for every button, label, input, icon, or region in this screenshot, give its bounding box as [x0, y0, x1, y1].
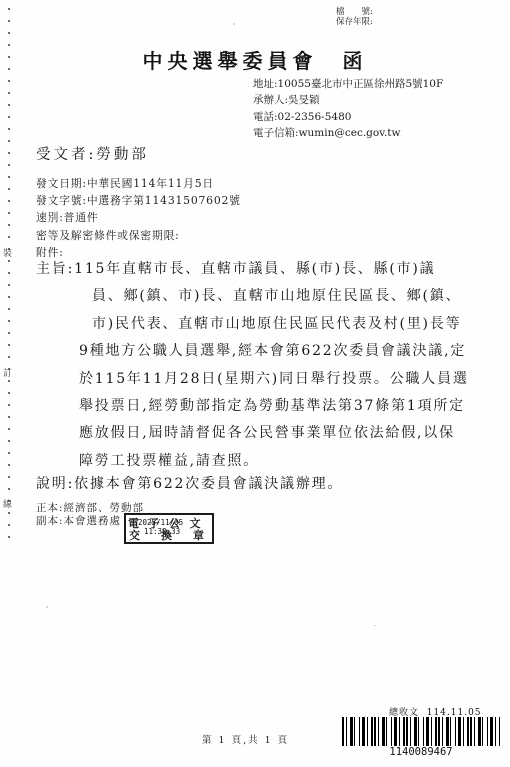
subject-line: 主旨:115年直轄市長、直轄市議員、縣(市)長、縣(市)議: [36, 256, 486, 283]
document-meta-block: 發文日期:中華民國114年11月5日 發文字號:中選務字第11431507602…: [36, 175, 241, 261]
delivery-speed: 速別:普通件: [36, 209, 241, 226]
retention-period-label: 保存年限:: [336, 17, 373, 27]
subject-line: 舉投票日,經勞動部指定為勞動基準法第37條第1項所定: [79, 393, 486, 420]
e-document-exchange-stamp: 電子公文 交換章 2025/11/05 11:38:33: [124, 513, 214, 544]
subject-line: 障勞工投票權益,請查照。: [79, 448, 486, 475]
subject-line: 於115年11月28日(星期六)同日舉行投票。公職人員選: [79, 366, 486, 393]
stamp-date: 2025/11/05: [138, 518, 183, 527]
sender-contact-person: 承辦人:吳旻穎: [253, 92, 443, 108]
binding-mark-zhuang: 裝: [3, 246, 12, 259]
subject-line: 應放假日,屆時請督促各公民營事業單位依法給假,以保: [79, 420, 486, 447]
sender-address: 地址:10055臺北市中正區徐州路5號10F: [253, 76, 443, 92]
scan-noise: [131, 300, 132, 302]
security-classification: 密等及解密條件或保密期限:: [36, 227, 241, 244]
file-header: 檔 號: 保存年限:: [336, 7, 373, 27]
explanation-line: 說明:依據本會第622次委員會議決議辦理。: [36, 473, 343, 493]
sender-info-block: 地址:10055臺北市中正區徐州路5號10F 承辦人:吳旻穎 電話:02-235…: [253, 76, 443, 141]
subject-line: 9種地方公職人員選舉,經本會第622次委員會議決議,定: [79, 338, 486, 365]
binding-mark-ding: 訂: [3, 366, 12, 379]
stamp-time: 11:38:33: [144, 527, 180, 536]
binding-dotted-line: [8, 8, 10, 540]
binding-mark-xian: 線: [3, 497, 12, 510]
page-number-footer: 第 1 頁,共 1 頁: [202, 732, 289, 746]
sender-phone: 電話:02-2356-5480: [253, 109, 443, 125]
file-number-label: 檔 號:: [336, 7, 373, 17]
receipt-barcode-number: 1140089467: [342, 746, 500, 758]
scan-noise: [374, 625, 376, 626]
document-title: 中央選舉委員會 函: [0, 45, 510, 74]
recipient-line: 受文者:勞動部: [36, 143, 149, 164]
scan-noise: [46, 606, 48, 608]
subject-line: 員、鄉(鎮、市)長、直轄市山地原住民區長、鄉(鎮、: [92, 283, 486, 310]
scan-noise: [233, 23, 235, 25]
sender-email: 電子信箱:wumin@cec.gov.tw: [253, 125, 443, 141]
document-number: 發文字號:中選務字第11431507602號: [36, 192, 241, 209]
receipt-barcode: [342, 717, 500, 746]
subject-line: 市)民代表、直轄市山地原住民區民代表及村(里)長等: [92, 311, 486, 338]
issue-date: 發文日期:中華民國114年11月5日: [36, 175, 241, 192]
subject-section: 主旨:115年直轄市長、直轄市議員、縣(市)長、縣(市)議 員、鄉(鎮、市)長、…: [36, 256, 486, 475]
official-letter-page: 裝 訂 線 檔 號: 保存年限: 中央選舉委員會 函 地址:10055臺北市中正…: [0, 0, 510, 767]
